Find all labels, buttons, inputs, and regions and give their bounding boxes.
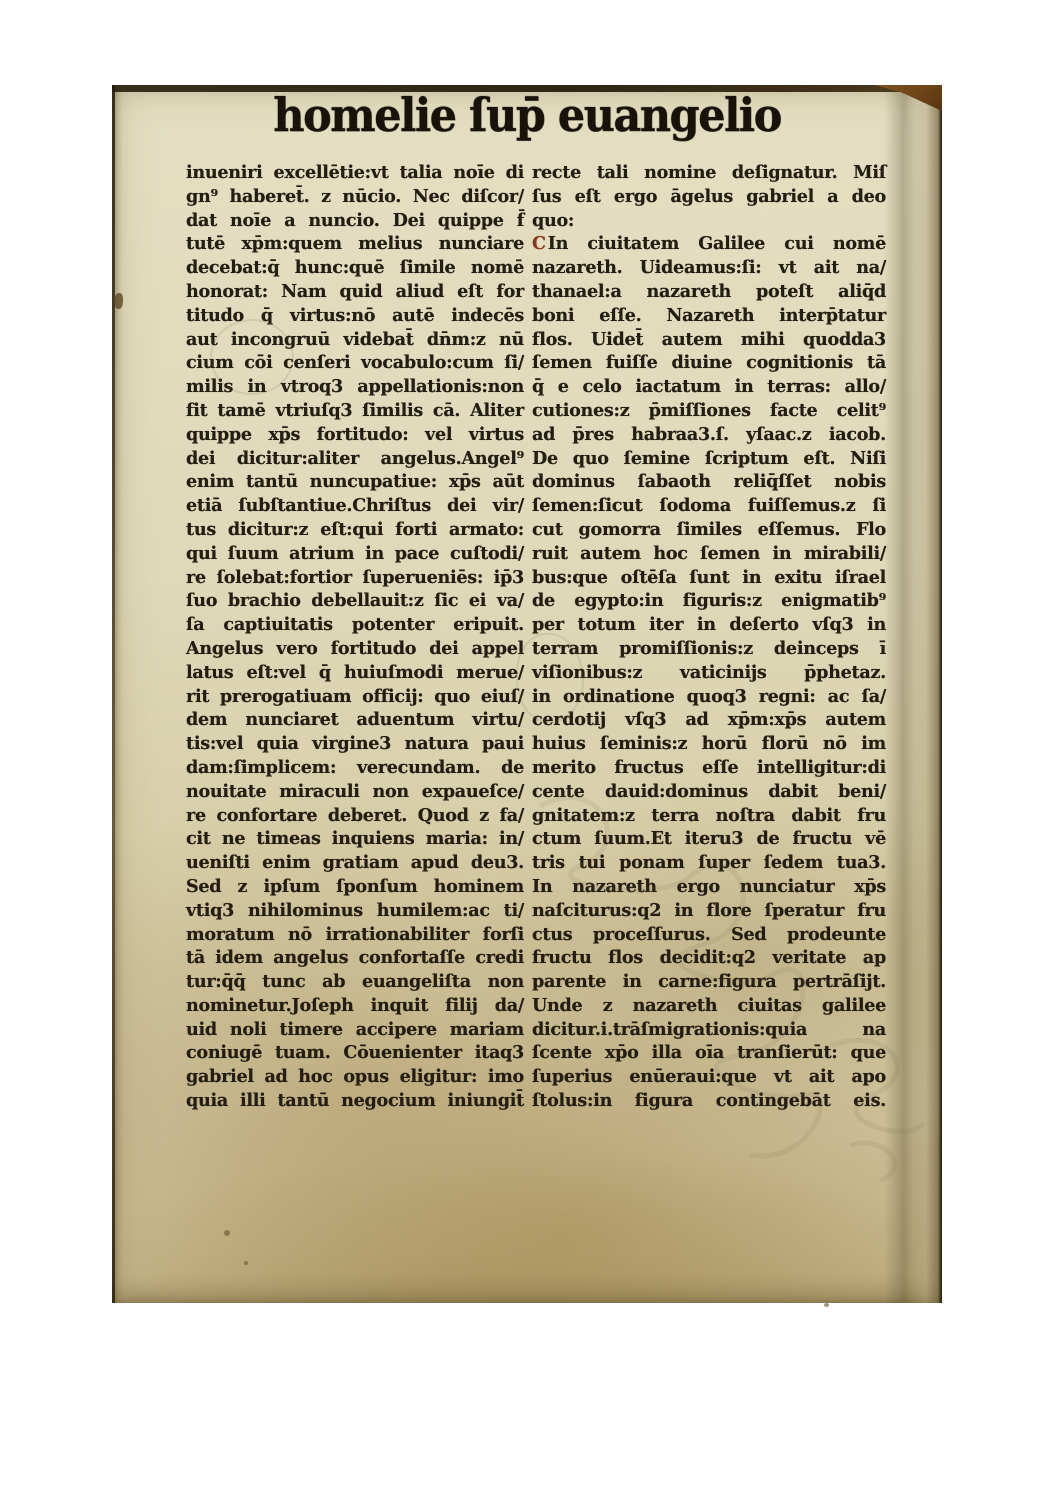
text-line: huius ſeminis:z horū florū nō im (532, 732, 886, 756)
text-line: vtiq3 nihilominus humilem:ac ti/ (186, 899, 524, 923)
text-line: Angelus vero fortitudo dei appel (186, 637, 524, 661)
text-line: ſcente xp̄o illa oīa tranſierūt: que (532, 1041, 886, 1065)
text-line: inueniri excellētie:vt talia noīe di (186, 161, 524, 185)
text-line: decebat:q̄ hunc:quē ſimile nomē (186, 256, 524, 280)
paper-speck (824, 1303, 829, 1307)
text-column-left: inueniri excellētie:vt talia noīe dign⁹ … (186, 161, 524, 1113)
text-line: gnitatem:z terra noſtra dabit fru (532, 804, 886, 828)
text-line: etiā ſubſtantiue.Chriſtus dei vir/ (186, 494, 524, 518)
text-line: ſus eſt ergo āgelus gabriel a deo (532, 185, 886, 209)
text-line: viſionibus:z vaticinijs p̄phetaz. (532, 661, 886, 685)
text-line: enim tantū nuncupatiue: xp̄s aūt (186, 470, 524, 494)
paper-speck (224, 1230, 230, 1236)
text-line: Sed z ipſum ſponſum hominem (186, 875, 524, 899)
book-page: homelie ſup̄ euangelio inueniri excellēt… (112, 85, 942, 1303)
text-line: tā idem angelus confortaſſe credi (186, 946, 524, 970)
text-line: de egypto:in figuris:z enigmatib⁹ (532, 589, 886, 613)
text-line: cerdotij vſq3 ad xp̄m:xp̄s autem (532, 708, 886, 732)
text-line: naſciturus:q2 in flore ſperatur fru (532, 899, 886, 923)
text-line: ctum ſuum.Et iteru3 de fructu vē (532, 827, 886, 851)
text-line: bus:que oſtēſa ſunt in exitu iſrael (532, 566, 886, 590)
text-line: flos. Uidet̄ autem mihi quodda3 (532, 328, 886, 352)
scan-background: homelie ſup̄ euangelio inueniri excellēt… (0, 0, 1060, 1500)
text-line: Unde z nazareth ciuitas galilee (532, 994, 886, 1018)
rubric-initial: C (532, 233, 546, 254)
text-line: nouitate miraculi non expaueſce/ (186, 780, 524, 804)
text-line: terram promiſſionis:z deinceps ī (532, 637, 886, 661)
text-line: quo: (532, 209, 886, 233)
text-line: ruit autem hoc ſemen in mirabili/ (532, 542, 886, 566)
text-line: parente in carne:figura pertrāſijt. (532, 970, 886, 994)
text-line: dam:ſimplicem: verecundam. de (186, 756, 524, 780)
text-line: cit ne timeas inquiens maria: in/ (186, 827, 524, 851)
text-line: cutiones:z p̄miſſiones facte celit⁹ (532, 399, 886, 423)
text-line: ſemen fuiſſe diuine cognitionis tā (532, 351, 886, 375)
text-line: tus dicitur:z eſt:qui forti armato: (186, 518, 524, 542)
text-line: per totum iter in deſerto vſq3 in (532, 613, 886, 637)
text-line: tis:vel quia virgine3 natura paui (186, 732, 524, 756)
text-line: dem nunciaret aduentum virtu/ (186, 708, 524, 732)
text-line: nazareth. Uideamus:ſi: vt ait na/ (532, 256, 886, 280)
text-line: fructu flos decidit:q2 veritate ap (532, 946, 886, 970)
blind-stamp-ring (210, 319, 294, 395)
text-line: ſtolus:in figura contingebāt eis. (532, 1089, 886, 1113)
text-line: ctus proceſſurus. Sed prodeunte (532, 923, 886, 947)
text-line: ſemen:ſicut ſodoma fuiſſemus.z ſi (532, 494, 886, 518)
text-line: merito fructus eſſe intelligitur:di (532, 756, 886, 780)
text-line: thanael:a nazareth poteſt aliq̄d (532, 280, 886, 304)
text-line: gabriel ad hoc opus eligitur: imo (186, 1065, 524, 1089)
blind-stamp-ring (516, 633, 584, 723)
text-line: ſa captiuitatis potenter eripuit. (186, 613, 524, 637)
edge-stain (114, 293, 123, 309)
right-column-lines-before: recte tali nomine deſignatur. Miſſus eſt… (532, 161, 886, 232)
page-left-edge (112, 85, 115, 1303)
text-line: nominetur.Joſeph inquit filij da/ (186, 994, 524, 1018)
page-gutter-shadow (884, 85, 942, 1303)
text-line: moratum nō irrationabiliter forſi (186, 923, 524, 947)
text-line: cut gomorra ſimiles eſſemus. Flo (532, 518, 886, 542)
text-line: ueniſti enim gratiam apud deu3. (186, 851, 524, 875)
text-line: q̄ e celo iactatum in terras: allo/ (532, 375, 886, 399)
text-line: latus eſt:vel q̄ huiuſmodi merue/ (186, 661, 524, 685)
text-line: dei dicitur:aliter angelus.Angel⁹ (186, 447, 524, 471)
text-line: quippe xp̄s fortitudo: vel virtus (186, 423, 524, 447)
text-line: dominus ſabaoth reliq̄ſſet nobis (532, 470, 886, 494)
left-column-lines: inueniri excellētie:vt talia noīe dign⁹ … (186, 161, 524, 1113)
text-line: De quo ſemine ſcriptum eſt. Niſi (532, 447, 886, 471)
text-line: uid noli timere accipere mariam (186, 1018, 524, 1042)
text-line: ſuo brachio debellauit:z ſic ei va/ (186, 589, 524, 613)
text-line: rit prerogatiuam officij: quo eiuſ/ (186, 685, 524, 709)
text-line: quia illi tantū negocium iniungit̄ (186, 1089, 524, 1113)
text-line: coniugē tuam. Cōuenienter itaq3 (186, 1041, 524, 1065)
text-line: re confortare deberet. Quod z fa/ (186, 804, 524, 828)
text-line: gn⁹ haberet̄. z nūcio. Nec diſcor/ (186, 185, 524, 209)
text-column-right: recte tali nomine deſignatur. Miſſus eſt… (532, 161, 886, 1113)
text-line: cente dauid:dominus dabit beni/ (532, 780, 886, 804)
text-line: In nazareth ergo nunciatur xp̄s (532, 875, 886, 899)
text-line: dat noīe a nuncio. Dei quippe f̄ (186, 209, 524, 233)
paper-speck (244, 1261, 248, 1265)
text-line: tutē xp̄m:quem melius nunciare (186, 232, 524, 256)
right-column-lines-after: nazareth. Uideamus:ſi: vt ait na/thanael… (532, 256, 886, 1113)
text-line: in ordinatione quoq3 regni: ac ſa/ (532, 685, 886, 709)
text-line: qui ſuum atrium in pace cuſtodi/ (186, 542, 524, 566)
text-line: boni eſſe. Nazareth interp̄tatur (532, 304, 886, 328)
text-line: recte tali nomine deſignatur. Miſ (532, 161, 886, 185)
text-line: tris tui ponam ſuper ſedem tua3. (532, 851, 886, 875)
text-line: ad p̄res habraa3.ſ. yſaac.z iacob. (532, 423, 886, 447)
text-line: re ſolebat:fortior ſuperueniēs: ip̄3 (186, 566, 524, 590)
rubric-line-text: In ciuitatem Galilee cui nomē (548, 233, 886, 254)
rubricated-line: CIn ciuitatem Galilee cui nomē (532, 232, 886, 256)
text-line: dicitur.i.trāſmigrationis:quia na (532, 1018, 886, 1042)
text-line: honorat: Nam quid aliud eſt for (186, 280, 524, 304)
text-line: ſuperius enūeraui:que vt ait apo (532, 1065, 886, 1089)
text-line: fit tamē vtriuſq3 ſimilis cā. Aliter (186, 399, 524, 423)
page-title: homelie ſup̄ euangelio (112, 90, 942, 143)
text-line: tur:q̄q̄ tunc ab euangeliſta non (186, 970, 524, 994)
